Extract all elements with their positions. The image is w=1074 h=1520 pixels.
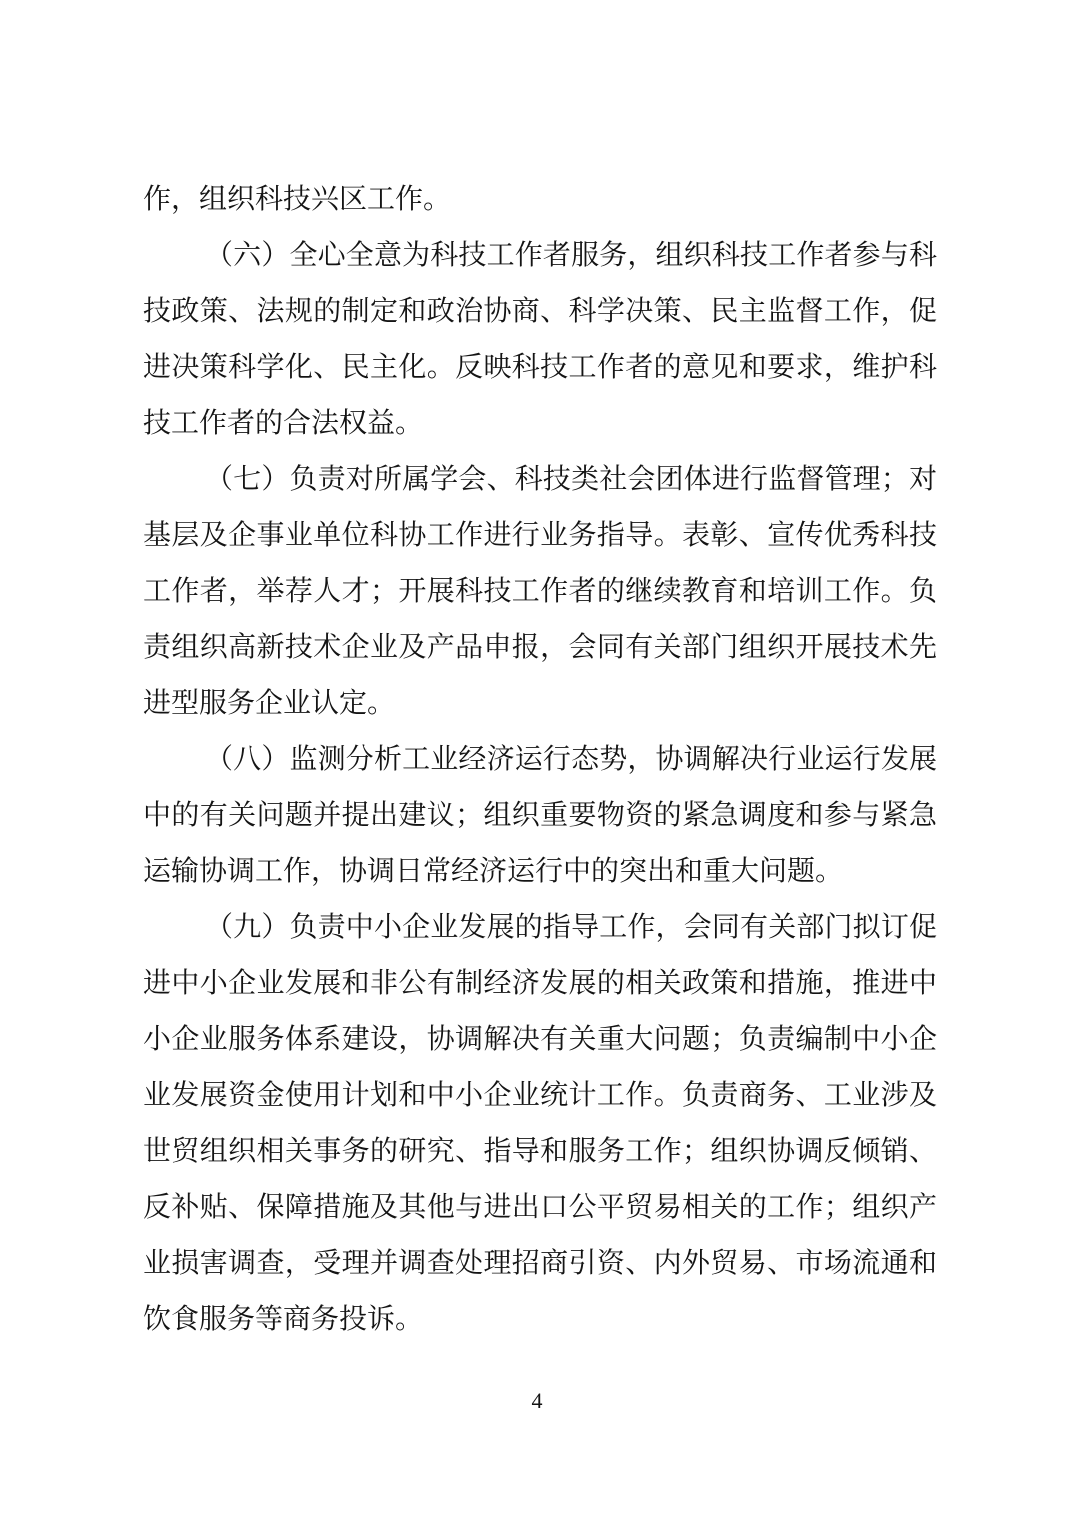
text-line: （八）监测分析工业经济运行态势，协调解决行业运行发展	[143, 732, 937, 788]
text-line: 业发展资金使用计划和中小企业统计工作。负责商务、工业涉及	[143, 1068, 937, 1124]
text-line: 中的有关问题并提出建议；组织重要物资的紧急调度和参与紧急	[143, 788, 937, 844]
text-line: 责组织高新技术企业及产品申报，会同有关部门组织开展技术先	[143, 620, 937, 676]
page-number: 4	[532, 1388, 543, 1413]
text-line: 作，组织科技兴区工作。	[143, 172, 937, 228]
text-line: 工作者，举荐人才；开展科技工作者的继续教育和培训工作。负	[143, 564, 937, 620]
text-line: 业损害调查，受理并调查处理招商引资、内外贸易、市场流通和	[143, 1236, 937, 1292]
text-line: 基层及企事业单位科协工作进行业务指导。表彰、宣传优秀科技	[143, 508, 937, 564]
text-line: （六）全心全意为科技工作者服务，组织科技工作者参与科	[143, 228, 937, 284]
text-line: 小企业服务体系建设，协调解决有关重大问题；负责编制中小企	[143, 1012, 937, 1068]
text-line: 反补贴、保障措施及其他与进出口公平贸易相关的工作；组织产	[143, 1180, 937, 1236]
page-footer: 4	[0, 1388, 1074, 1414]
text-line: 世贸组织相关事务的研究、指导和服务工作；组织协调反倾销、	[143, 1124, 937, 1180]
text-line: 进中小企业发展和非公有制经济发展的相关政策和措施，推进中	[143, 956, 937, 1012]
text-line: （九）负责中小企业发展的指导工作，会同有关部门拟订促	[143, 900, 937, 956]
text-line: （七）负责对所属学会、科技类社会团体进行监督管理；对	[143, 452, 937, 508]
text-line: 饮食服务等商务投诉。	[143, 1292, 937, 1348]
text-line: 技政策、法规的制定和政治协商、科学决策、民主监督工作，促	[143, 284, 937, 340]
text-line: 运输协调工作，协调日常经济运行中的突出和重大问题。	[143, 844, 937, 900]
document-body: 作，组织科技兴区工作。（六）全心全意为科技工作者服务，组织科技工作者参与科技政策…	[143, 172, 937, 1348]
text-line: 进型服务企业认定。	[143, 676, 937, 732]
document-page: 作，组织科技兴区工作。（六）全心全意为科技工作者服务，组织科技工作者参与科技政策…	[0, 0, 1074, 1520]
text-line: 技工作者的合法权益。	[143, 396, 937, 452]
text-line: 进决策科学化、民主化。反映科技工作者的意见和要求，维护科	[143, 340, 937, 396]
